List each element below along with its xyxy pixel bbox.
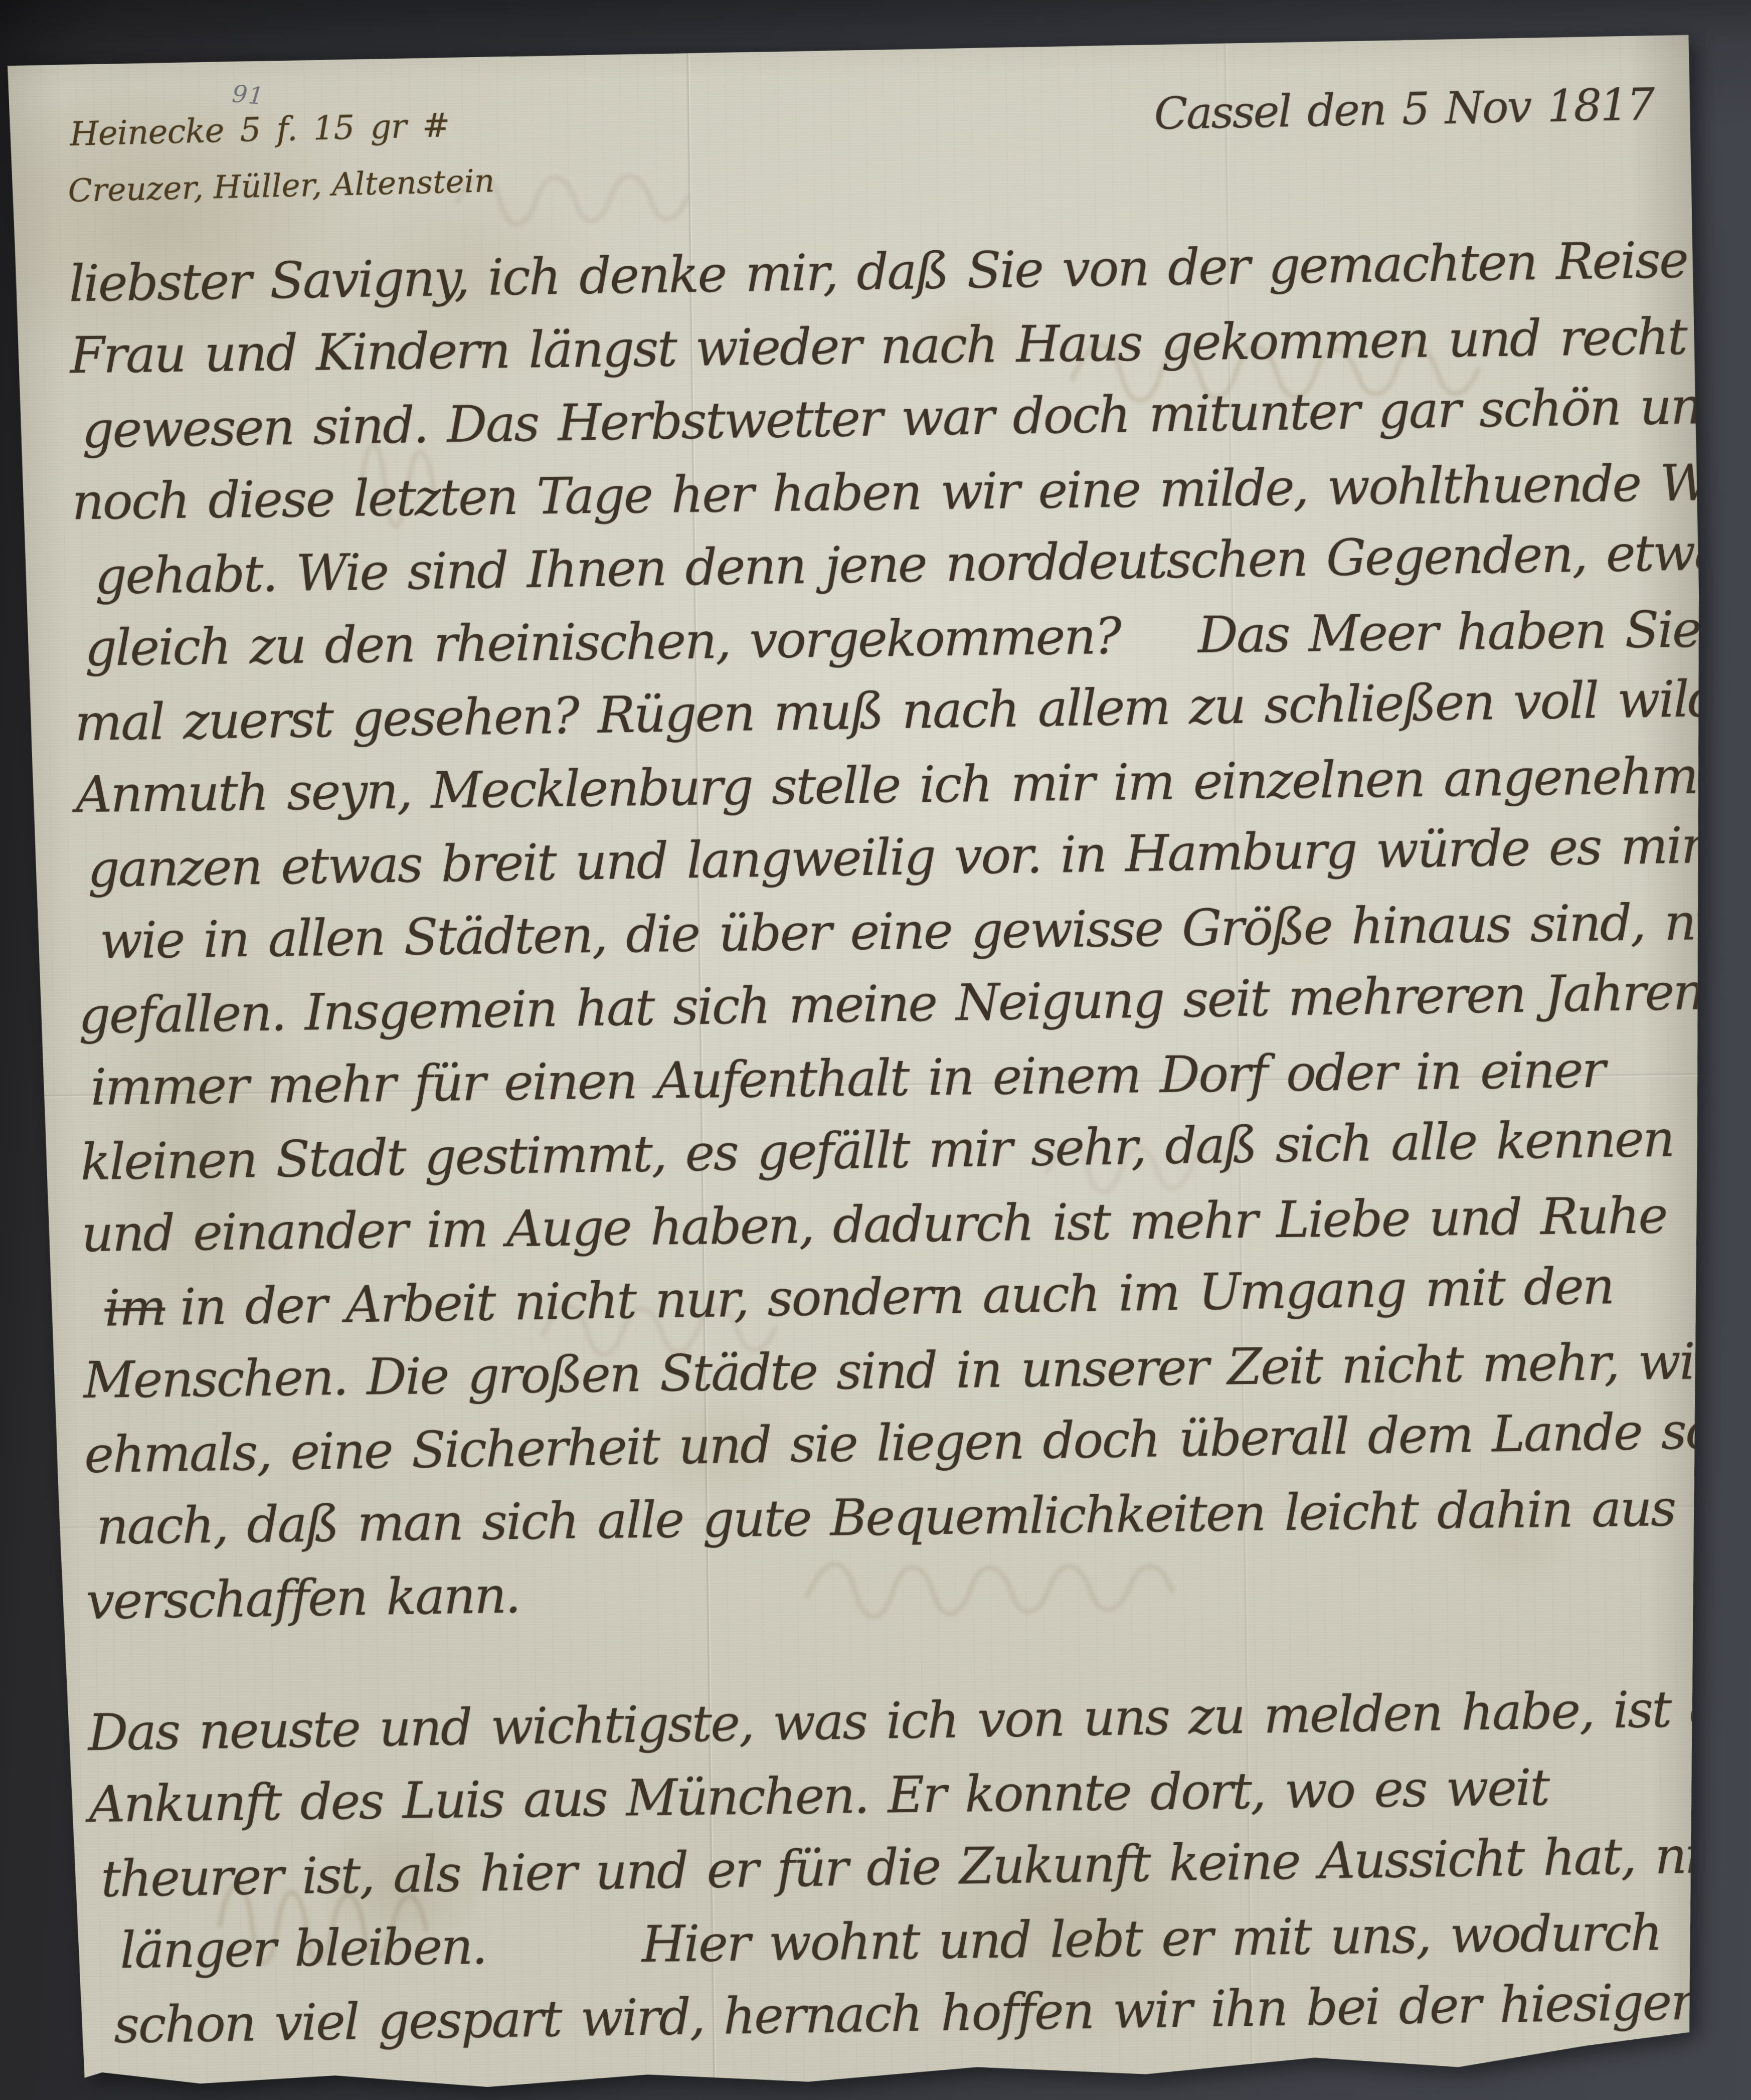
archive-annotations: Heinecke 5 f. 15 gr # Creuzer, Hüller, A… — [69, 105, 495, 209]
archive-annotation-line2: Creuzer, Hüller, Altenstein — [68, 162, 495, 209]
letter-paragraph-2: Das neuste und wichtigste, was ich von u… — [88, 1674, 1712, 2061]
letter-dateline: Cassel den 5 Nov 1817 — [1153, 78, 1654, 139]
letter-body: liebster Savigny, ich denke mir, daß Sie… — [69, 225, 1712, 2061]
paper-wrap: 91 Heinecke 5 f. 15 gr # Creuzer, Hüller… — [5, 20, 1720, 2094]
letter-page: 91 Heinecke 5 f. 15 gr # Creuzer, Hüller… — [5, 20, 1720, 2094]
letter-line-rest: in der Arbeit nicht nur, sondern auch im… — [180, 1257, 1614, 1336]
struck-out-word: im — [104, 1278, 166, 1338]
archive-annotation-line1: Heinecke 5 f. 15 gr # — [69, 105, 493, 153]
archive-number-pencil: 91 — [231, 80, 266, 111]
scanner-backdrop: 91 Heinecke 5 f. 15 gr # Creuzer, Hüller… — [0, 0, 1751, 2100]
